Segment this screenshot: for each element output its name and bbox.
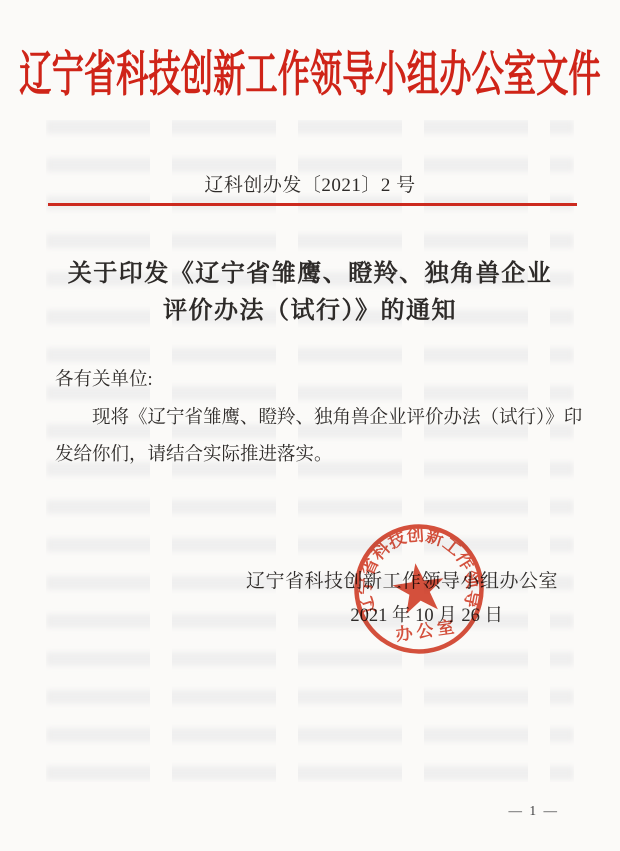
official-seal: 辽宁省科技创新工作领导小组 办公室: [323, 493, 515, 685]
document-title-line1: 关于印发《辽宁省雏鹰、瞪羚、独角兽企业: [30, 256, 590, 293]
document-title: 关于印发《辽宁省雏鹰、瞪羚、独角兽企业 评价办法（试行）》的通知: [30, 256, 590, 330]
document-body: 各有关单位: 现将《辽宁省雏鹰、瞪羚、独角兽企业评价办法（试行）》印 发给你们，…: [55, 362, 567, 475]
body-salutation: 各有关单位:: [55, 362, 567, 400]
page-number: — 1 —: [509, 803, 560, 819]
document-number: 辽科创办发〔2021〕2 号: [0, 170, 620, 197]
document-title-line2: 评价办法（试行）》的通知: [30, 293, 590, 330]
red-divider-line: [48, 203, 577, 206]
red-header-title: 辽宁省科技创新工作领导小组办公室文件: [16, 52, 605, 100]
document-page: 辽宁省科技创新工作领导小组办公室文件 辽科创办发〔2021〕2 号 关于印发《辽…: [0, 0, 620, 851]
seal-bottom-text: 办公室: [394, 616, 459, 645]
seal-arc-text: 辽宁省科技创新工作领导小组: [323, 493, 487, 630]
body-line: 发给你们，请结合实际推进落实。: [55, 437, 567, 475]
seal-star-icon: [390, 560, 448, 615]
body-line: 现将《辽宁省雏鹰、瞪羚、独角兽企业评价办法（试行）》印: [55, 400, 567, 438]
